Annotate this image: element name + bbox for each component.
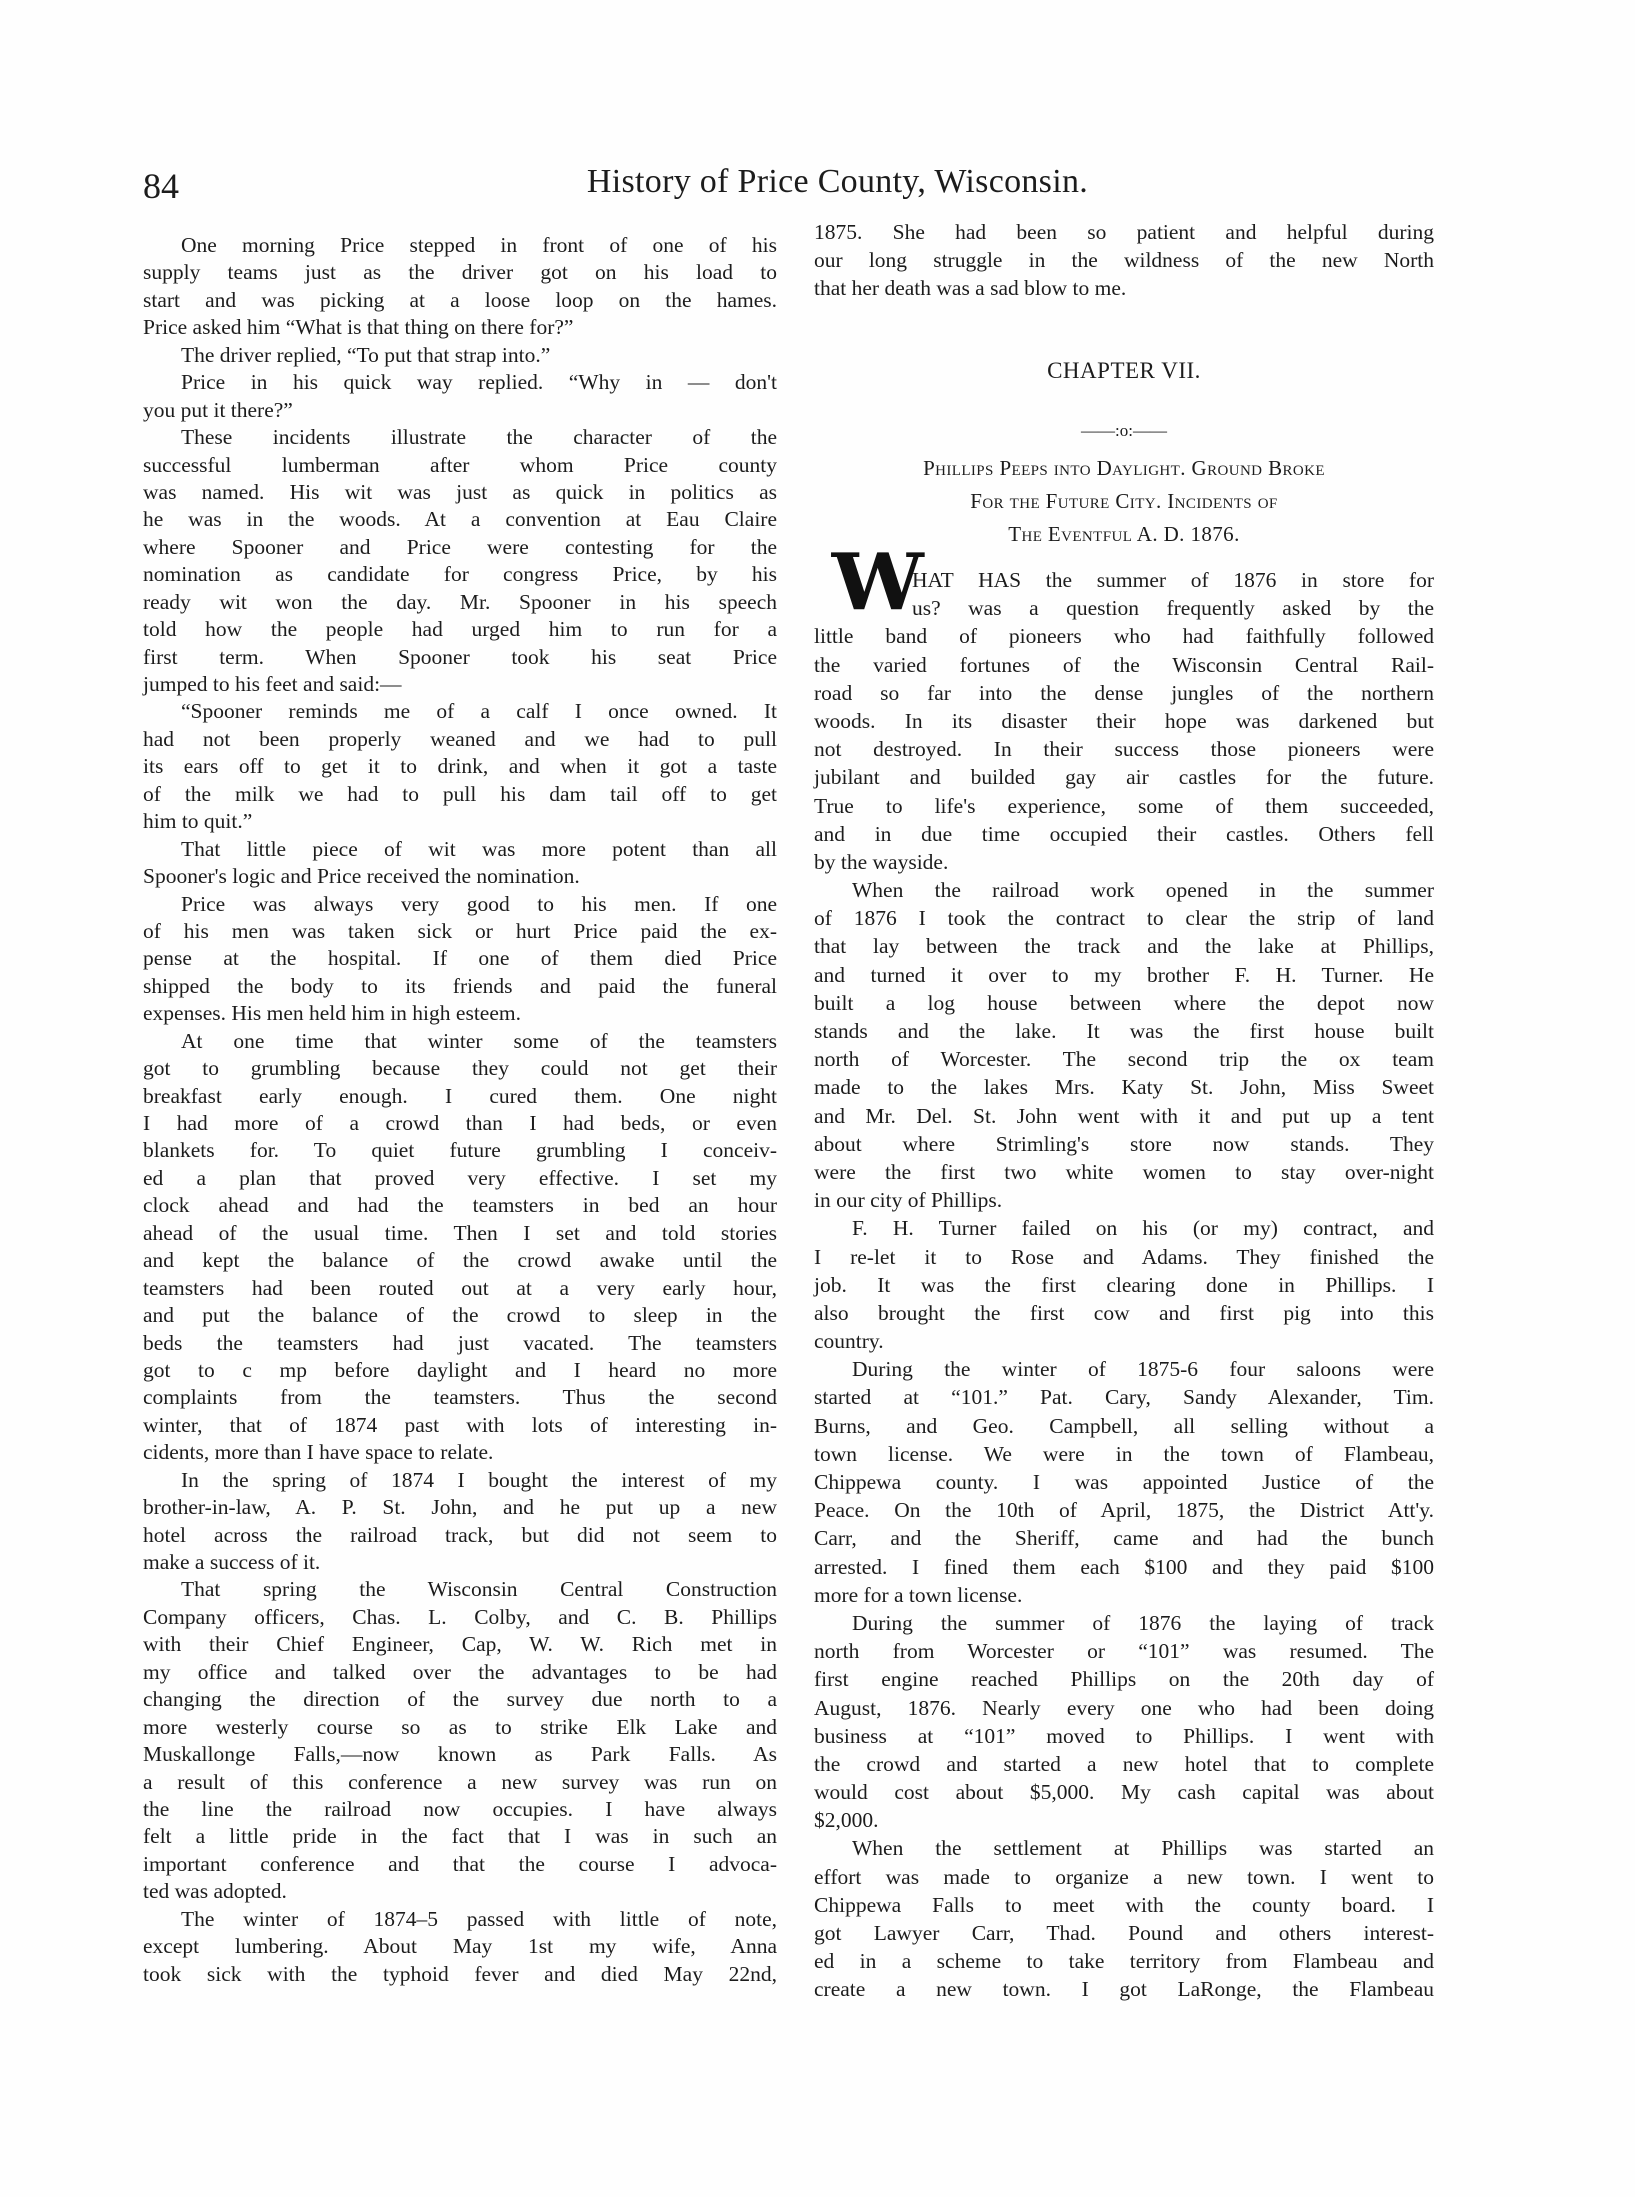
text-line: little band of pioneers who had faithful… — [814, 622, 1434, 650]
text-line: except lumbering. About May 1st my wife,… — [143, 1933, 777, 1960]
text-line: about where Strimling's store now stands… — [814, 1130, 1434, 1158]
text-line: road so far into the dense jungles of th… — [814, 679, 1434, 707]
left-column: One morning Price stepped in front of on… — [143, 232, 777, 1988]
text-line: jumped to his feet and said:— — [143, 671, 777, 698]
text-line: would cost about $5,000. My cash capital… — [814, 1778, 1434, 1806]
text-line: brother-in-law, A. P. St. John, and he p… — [143, 1494, 777, 1521]
text-line: were the first two white women to stay o… — [814, 1158, 1434, 1186]
book-page: 84 History of Price County, Wisconsin. O… — [0, 0, 1635, 2197]
text-line: its ears off to get it to drink, and whe… — [143, 753, 777, 780]
text-line: with their Chief Engineer, Cap, W. W. Ri… — [143, 1631, 777, 1658]
text-line: Chippewa Falls to meet with the county b… — [814, 1891, 1434, 1919]
text-line: got Lawyer Carr, Thad. Pound and others … — [814, 1919, 1434, 1947]
text-line: Chippewa county. I was appointed Justice… — [814, 1468, 1434, 1496]
text-line: HAT HAS the summer of 1876 in store for — [814, 566, 1434, 594]
text-line: Spooner's logic and Price received the n… — [143, 863, 777, 890]
text-line: job. It was the first clearing done in P… — [814, 1271, 1434, 1299]
text-line: and turned it over to my brother F. H. T… — [814, 961, 1434, 989]
text-line: where Spooner and Price were contesting … — [143, 534, 777, 561]
text-line: and Mr. Del. St. John went with it and p… — [814, 1102, 1434, 1130]
text-line: Carr, and the Sheriff, came and had the … — [814, 1524, 1434, 1552]
text-line: When the settlement at Phillips was star… — [814, 1834, 1434, 1862]
text-line: a result of this conference a new survey… — [143, 1769, 777, 1796]
text-line: hotel across the railroad track, but did… — [143, 1522, 777, 1549]
text-line: shipped the body to its friends and paid… — [143, 973, 777, 1000]
text-line: town license. We were in the town of Fla… — [814, 1440, 1434, 1468]
text-line: woods. In its disaster their hope was da… — [814, 707, 1434, 735]
chapter-title: CHAPTER VII. — [814, 356, 1434, 386]
text-line: jubilant and builded gay air castles for… — [814, 763, 1434, 791]
subtitle-line: Phillips Peeps into Daylight. Ground Bro… — [814, 452, 1434, 485]
text-line: Burns, and Geo. Campbell, all selling wi… — [814, 1412, 1434, 1440]
text-line: was named. His wit was just as quick in … — [143, 479, 777, 506]
text-line: In the spring of 1874 I bought the inter… — [143, 1467, 777, 1494]
text-line: north of Worcester. The second trip the … — [814, 1045, 1434, 1073]
text-line: felt a little pride in the fact that I w… — [143, 1823, 777, 1850]
text-line: breakfast early enough. I cured them. On… — [143, 1083, 777, 1110]
text-line: and put the balance of the crowd to slee… — [143, 1302, 777, 1329]
text-line: create a new town. I got LaRonge, the Fl… — [814, 1975, 1434, 2003]
text-line: built a log house between where the depo… — [814, 989, 1434, 1017]
text-line: beds the teamsters had just vacated. The… — [143, 1330, 777, 1357]
text-line: nomination as candidate for congress Pri… — [143, 561, 777, 588]
text-line: arrested. I fined them each $100 and the… — [814, 1553, 1434, 1581]
text-line: During the winter of 1875-6 four saloons… — [814, 1355, 1434, 1383]
text-line: One morning Price stepped in front of on… — [143, 232, 777, 259]
text-line: got to grumbling because they could not … — [143, 1055, 777, 1082]
text-line: us? was a question frequently asked by t… — [814, 594, 1434, 622]
subtitle-line: For the Future City. Incidents of — [814, 485, 1434, 518]
text-line: True to life's experience, some of them … — [814, 792, 1434, 820]
text-line: F. H. Turner failed on his (or my) contr… — [814, 1214, 1434, 1242]
text-line: important conference and that the course… — [143, 1851, 777, 1878]
text-line: ready wit won the day. Mr. Spooner in hi… — [143, 589, 777, 616]
text-line: The winter of 1874–5 passed with little … — [143, 1906, 777, 1933]
text-line: At one time that winter some of the team… — [143, 1028, 777, 1055]
text-line: $2,000. — [814, 1806, 1434, 1834]
text-line: the crowd and started a new hotel that t… — [814, 1750, 1434, 1778]
text-line: “Spooner reminds me of a calf I once own… — [143, 698, 777, 725]
text-line: him to quit.” — [143, 808, 777, 835]
text-line: you put it there?” — [143, 397, 777, 424]
text-line: The driver replied, “To put that strap i… — [143, 342, 777, 369]
text-line: During the summer of 1876 the laying of … — [814, 1609, 1434, 1637]
text-line: changing the direction of the survey due… — [143, 1686, 777, 1713]
text-line: first engine reached Phillips on the 20t… — [814, 1665, 1434, 1693]
text-line: by the wayside. — [814, 848, 1434, 876]
text-line: complaints from the teamsters. Thus the … — [143, 1384, 777, 1411]
text-line: stands and the lake. It was the first ho… — [814, 1017, 1434, 1045]
text-line: took sick with the typhoid fever and die… — [143, 1961, 777, 1988]
text-line: told how the people had urged him to run… — [143, 616, 777, 643]
text-line: business at “101” moved to Phillips. I w… — [814, 1722, 1434, 1750]
text-line: of the milk we had to pull his dam tail … — [143, 781, 777, 808]
text-line: north from Worcester or “101” was resume… — [814, 1637, 1434, 1665]
text-line: had not been properly weaned and we had … — [143, 726, 777, 753]
text-line: started at “101.” Pat. Cary, Sandy Alexa… — [814, 1383, 1434, 1411]
right-column-body: HAT HAS the summer of 1876 in store for … — [814, 566, 1434, 2004]
text-line: also brought the first cow and first pig… — [814, 1299, 1434, 1327]
text-line: ted was adopted. — [143, 1878, 777, 1905]
text-line: Price asked him “What is that thing on t… — [143, 314, 777, 341]
text-line: the line the railroad now occupies. I ha… — [143, 1796, 777, 1823]
text-line: not destroyed. In their success those pi… — [814, 735, 1434, 763]
text-line: and in due time occupied their castles. … — [814, 820, 1434, 848]
text-line: August, 1876. Nearly every one who had b… — [814, 1694, 1434, 1722]
text-line: make a success of it. — [143, 1549, 777, 1576]
text-line: start and was picking at a loose loop on… — [143, 287, 777, 314]
text-line: country. — [814, 1327, 1434, 1355]
text-line: When the railroad work opened in the sum… — [814, 876, 1434, 904]
text-line: cidents, more than I have space to relat… — [143, 1439, 777, 1466]
text-line: first term. When Spooner took his seat P… — [143, 644, 777, 671]
text-line: effort was made to organize a new town. … — [814, 1863, 1434, 1891]
text-line: 1875. She had been so patient and helpfu… — [814, 218, 1434, 246]
text-line: ed a plan that proved very effective. I … — [143, 1165, 777, 1192]
text-line: our long struggle in the wildness of the… — [814, 246, 1434, 274]
text-line: These incidents illustrate the character… — [143, 424, 777, 451]
text-line: and kept the balance of the crowd awake … — [143, 1247, 777, 1274]
right-column-continuation: 1875. She had been so patient and helpfu… — [814, 218, 1434, 302]
text-line: my office and talked over the advantages… — [143, 1659, 777, 1686]
text-line: Muskallonge Falls,—now known as Park Fal… — [143, 1741, 777, 1768]
text-line: of his men was taken sick or hurt Price … — [143, 918, 777, 945]
text-line: pense at the hospital. If one of them di… — [143, 945, 777, 972]
text-line: That little piece of wit was more potent… — [143, 836, 777, 863]
text-line: blankets for. To quiet future grumbling … — [143, 1137, 777, 1164]
text-line: successful lumberman after whom Price co… — [143, 452, 777, 479]
text-line: of 1876 I took the contract to clear the… — [814, 904, 1434, 932]
text-line: expenses. His men held him in high estee… — [143, 1000, 777, 1027]
text-line: That spring the Wisconsin Central Constr… — [143, 1576, 777, 1603]
text-line: got to c mp before daylight and I heard … — [143, 1357, 777, 1384]
text-line: that lay between the track and the lake … — [814, 932, 1434, 960]
chapter-divider: ——:o:—— — [814, 418, 1434, 444]
text-line: Price in his quick way replied. “Why in … — [143, 369, 777, 396]
text-line: made to the lakes Mrs. Katy St. John, Mi… — [814, 1073, 1434, 1101]
text-line: that her death was a sad blow to me. — [814, 274, 1434, 302]
text-line: teamsters had been routed out at a very … — [143, 1275, 777, 1302]
text-line: ed in a scheme to take territory from Fl… — [814, 1947, 1434, 1975]
text-line: the varied fortunes of the Wisconsin Cen… — [814, 651, 1434, 679]
text-line: in our city of Phillips. — [814, 1186, 1434, 1214]
running-title: History of Price County, Wisconsin. — [0, 160, 1635, 204]
text-line: ahead of the usual time. Then I set and … — [143, 1220, 777, 1247]
text-line: more westerly course so as to strike Elk… — [143, 1714, 777, 1741]
text-line: Company officers, Chas. L. Colby, and C.… — [143, 1604, 777, 1631]
text-line: Price was always very good to his men. I… — [143, 891, 777, 918]
text-line: Peace. On the 10th of April, 1875, the D… — [814, 1496, 1434, 1524]
text-line: more for a town license. — [814, 1581, 1434, 1609]
text-line: I re-let it to Rose and Adams. They fini… — [814, 1243, 1434, 1271]
text-line: he was in the woods. At a convention at … — [143, 506, 777, 533]
text-line: winter, that of 1874 past with lots of i… — [143, 1412, 777, 1439]
text-line: clock ahead and had the teamsters in bed… — [143, 1192, 777, 1219]
text-line: I had more of a crowd than I had beds, o… — [143, 1110, 777, 1137]
text-line: supply teams just as the driver got on h… — [143, 259, 777, 286]
